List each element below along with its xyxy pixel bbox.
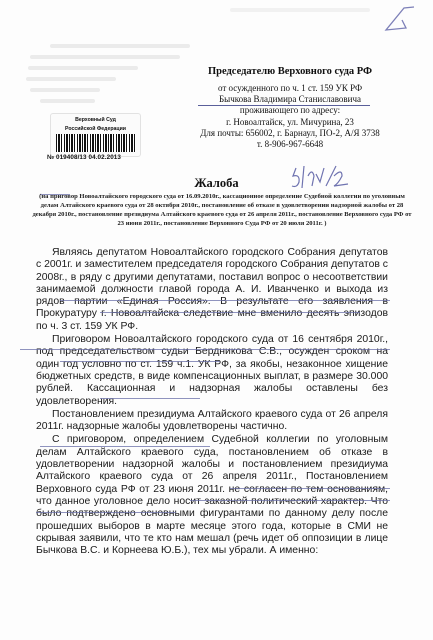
paragraph-3: Постановлением президиума Алтайского кра… <box>36 409 388 434</box>
pen-underline <box>100 398 200 399</box>
pen-underline <box>60 361 220 362</box>
pen-underline <box>20 349 390 350</box>
addressee-block: Председателю Верховного суда РФ от осужд… <box>190 66 390 150</box>
stamp-org-line2: Российской Федерации <box>51 126 140 132</box>
addressee-title: Председателю Верховного суда РФ <box>190 66 390 77</box>
stamp-org-line1: Верховный Суд <box>51 117 140 123</box>
sender-conviction: от осужденного по ч. 1 ст. 159 УК РФ <box>190 83 390 94</box>
scanned-document-page: Председателю Верховного суда РФ от осужд… <box>0 0 433 640</box>
pen-underline <box>198 105 370 106</box>
sender-mail-address: Для почты: 656002, г. Барнаул, ПО-2, А/Я… <box>190 128 390 139</box>
registration-stamp: Верховный Суд Российской Федерации <box>50 113 141 157</box>
paragraph-1: Являясь депутатом Новоалтайского городск… <box>36 247 388 333</box>
sender-address-label: проживающего по адресу: <box>190 105 390 116</box>
pen-underline <box>190 500 390 501</box>
pen-underline <box>100 312 360 313</box>
document-subtitle: (на приговор Новоалтайского городского с… <box>32 192 412 228</box>
barcode-icon <box>56 134 136 152</box>
sender-phone: т. 8-906-967-6648 <box>190 139 390 150</box>
paragraph-2: Приговором Новоалтайского городского суд… <box>36 334 388 408</box>
paragraph-4: С приговором, определением Судебной колл… <box>36 434 388 557</box>
pen-underline <box>40 446 210 447</box>
sender-name: Бычкова Владимира Станиславовича <box>190 94 390 105</box>
handwritten-page-mark-icon <box>380 4 420 36</box>
pen-underline <box>60 300 390 301</box>
sender-name-text: Бычкова Владимира Станиславовича <box>219 94 361 104</box>
stamp-registration-number: № 019408/13 04.02.2013 <box>47 154 121 161</box>
pen-underline <box>36 512 176 513</box>
document-title: Жалоба <box>0 176 433 191</box>
pen-underline <box>230 488 390 489</box>
sender-address: г. Новоалтайск, ул. Мичурина, 23 <box>190 117 390 128</box>
